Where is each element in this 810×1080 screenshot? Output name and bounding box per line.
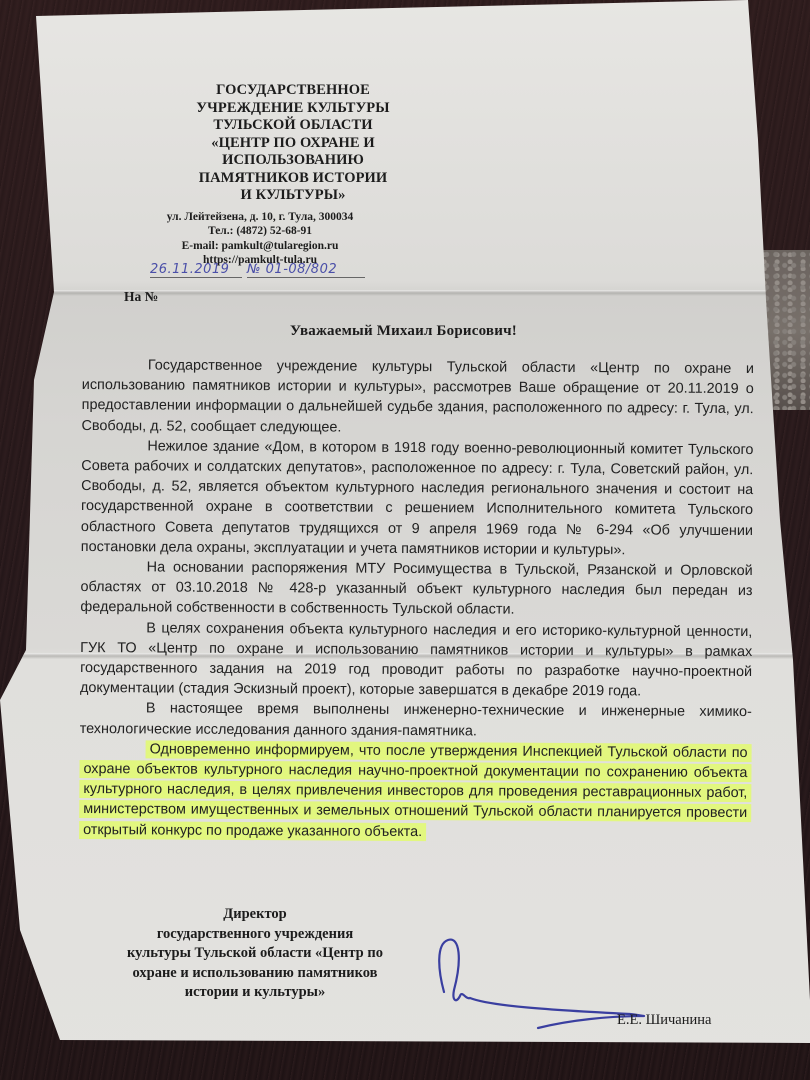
paragraph: В настоящее время выполнены инженерно-те… [80, 698, 752, 743]
handwritten-registration: 26.11.2019 № 01-08/802 [145, 262, 375, 282]
handwritten-ref-number: № 01-08/802 [247, 262, 365, 278]
email: E-mail: pamkult@tularegion.ru [140, 239, 380, 253]
letterhead-line: ПАМЯТНИКОВ ИСТОРИИ [158, 170, 428, 188]
salutation: Уважаемый Михаил Борисович! [290, 323, 517, 340]
paragraph: В целях сохранения объекта культурного н… [80, 618, 752, 703]
signer-title-line: Директор [105, 905, 405, 925]
phone: Тел.: (4872) 52-68-91 [140, 224, 380, 238]
highlighter-mark: Одновременно информируем, что после утве… [79, 740, 752, 841]
letter-body: Государственное учреждение культуры Туль… [79, 355, 754, 844]
signer-name: Е.Е. Шичанина [617, 1012, 711, 1029]
letterhead-line: УЧРЕЖДЕНИЕ КУЛЬТУРЫ [158, 100, 428, 118]
letterhead-line: ГОСУДАРСТВЕННОЕ [158, 82, 428, 100]
paragraph: Нежилое здание «Дом, в котором в 1918 го… [81, 436, 754, 561]
paragraph: Государственное учреждение культуры Туль… [82, 355, 754, 440]
signer-title-line: истории и культуры» [105, 983, 405, 1003]
signer-title-line: охране и использованию памятников [105, 964, 405, 984]
letterhead-line: ИСПОЛЬЗОВАНИЮ [158, 152, 428, 170]
letterhead-line: И КУЛЬТУРЫ» [158, 187, 428, 205]
paragraph: На основании распоряжения МТУ Росимущест… [80, 557, 752, 622]
address: ул. Лейтейзена, д. 10, г. Тула, 300034 [140, 210, 380, 224]
official-letter: ГОСУДАРСТВЕННОЕ УЧРЕЖДЕНИЕ КУЛЬТУРЫ ТУЛЬ… [0, 0, 810, 1080]
letterhead-contacts: ул. Лейтейзена, д. 10, г. Тула, 300034 Т… [140, 210, 380, 267]
letterhead-line: «ЦЕНТР ПО ОХРАНЕ И [158, 135, 428, 153]
handwritten-date: 26.11.2019 [150, 262, 242, 278]
signer-title-line: культуры Тульской области «Центр по [105, 944, 405, 964]
reply-to-label: На № [124, 289, 158, 305]
highlighted-paragraph: Одновременно информируем, что после утве… [79, 739, 752, 844]
signer-title: Директор государственного учреждения кул… [105, 905, 405, 1003]
letterhead-line: ТУЛЬСКОЙ ОБЛАСТИ [158, 117, 428, 135]
signer-title-line: государственного учреждения [105, 925, 405, 945]
letterhead-organization: ГОСУДАРСТВЕННОЕ УЧРЕЖДЕНИЕ КУЛЬТУРЫ ТУЛЬ… [158, 82, 428, 205]
